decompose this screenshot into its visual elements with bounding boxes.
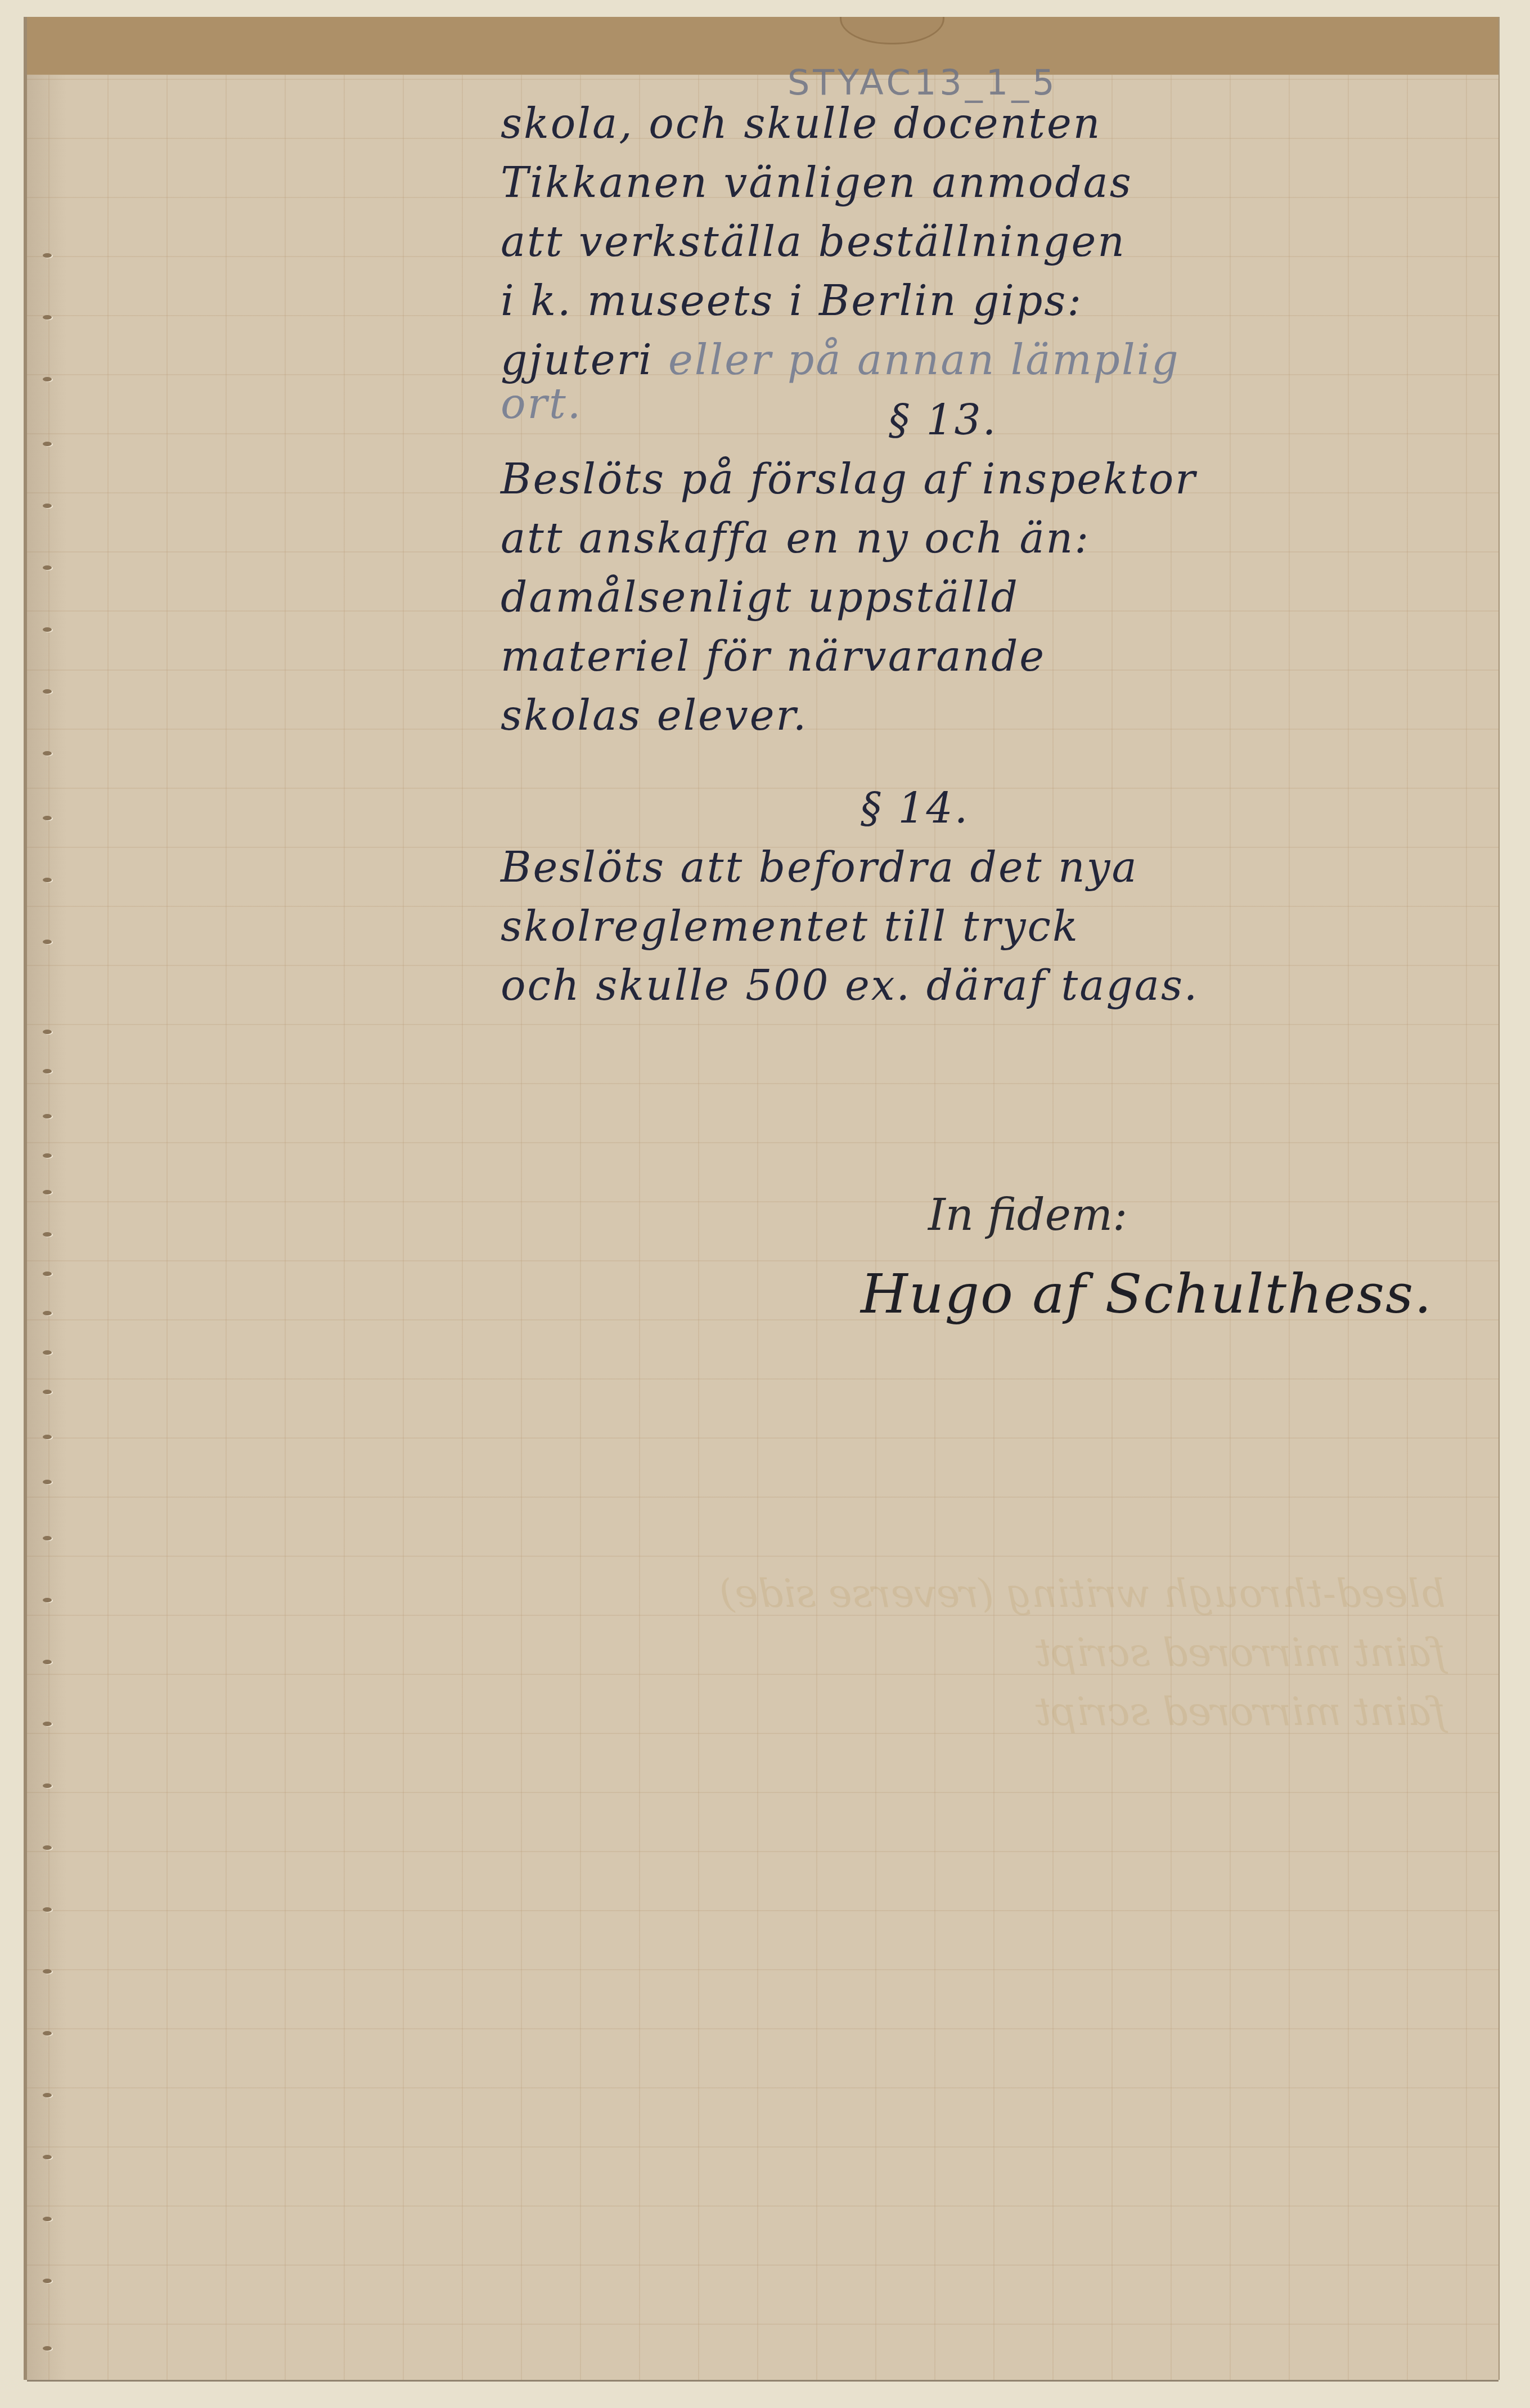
binding-hole (43, 2155, 52, 2159)
binding-hole (43, 1272, 52, 1276)
signature-block: In fidem: Hugo af Schulthess. (861, 1181, 1479, 1339)
text-line: att verkställa beställningen (501, 213, 1479, 272)
text-line: Beslöts på förslag af inspektor (501, 450, 1479, 509)
text-line: materiel för närvarande (501, 627, 1479, 686)
manuscript-text: skola, och skulle docenten Tikkanen vänl… (501, 95, 1479, 1016)
text-line: Tikkanen vänligen anmodas (501, 154, 1479, 213)
section-heading-14: § 14. (501, 779, 1479, 838)
binding-hole (43, 1783, 52, 1788)
binding-hole (43, 1350, 52, 1355)
pencil-annotation: ort. (501, 380, 582, 428)
text-line: och skulle 500 ex. däraf tagas. (501, 956, 1479, 1016)
binding-hole (43, 2217, 52, 2221)
attestation-text: In fidem: (861, 1181, 1479, 1249)
binding-hole (43, 2346, 52, 2351)
binding-hole (43, 1190, 52, 1194)
binding-hole (43, 627, 52, 632)
bleed-through-text: bleed-through writing (reverse side) fai… (517, 1564, 1446, 1741)
text-line: i k. museets i Berlin gips: (501, 272, 1479, 331)
binding-hole (43, 442, 52, 446)
pencil-annotation: eller på annan lämplig (668, 336, 1180, 384)
binding-hole (43, 1969, 52, 1974)
binding-hole (43, 1536, 52, 1540)
text-line: skolas elever. (501, 686, 1479, 745)
signature-name: Hugo af Schulthess. (861, 1249, 1479, 1339)
text-line: gjuteri eller på annan lämplig (501, 331, 1479, 390)
binding-hole (43, 1660, 52, 1664)
binding-hole (43, 2279, 52, 2283)
binding-hole (43, 1390, 52, 1394)
text-line: skola, och skulle docenten (501, 95, 1479, 154)
binding-hole (43, 940, 52, 944)
text-line: skolreglementet till tryck (501, 897, 1479, 956)
top-paper-band (27, 17, 1498, 75)
binding-hole (43, 1480, 52, 1484)
binding-hole (43, 1114, 52, 1118)
binding-hole (43, 315, 52, 320)
binding-hole (43, 878, 52, 882)
text-line: Beslöts att befordra det nya (501, 838, 1479, 897)
binding-hole (43, 2031, 52, 2036)
binding-hole (43, 1598, 52, 1602)
binding-hole (43, 1845, 52, 1850)
binding-hole (43, 1722, 52, 1726)
section-heading-13: § 13. (501, 391, 1479, 450)
binding-hole (43, 565, 52, 570)
text-line: damålsenligt uppställd (501, 568, 1479, 627)
binding-hole (43, 816, 52, 820)
binding-hole (43, 1435, 52, 1439)
binding-hole (43, 1069, 52, 1073)
binding-hole (43, 1907, 52, 1912)
binding-hole (43, 253, 52, 258)
binding-hole (43, 377, 52, 381)
binding-hole (43, 1232, 52, 1237)
text-line: att anskaffa en ny och än: (501, 509, 1479, 568)
binding-hole (43, 1311, 52, 1315)
binding-hole (43, 1030, 52, 1034)
binding-hole (43, 504, 52, 508)
binding-hole (43, 751, 52, 756)
binding-hole (43, 689, 52, 694)
binding-hole (43, 1153, 52, 1158)
binding-hole (43, 2093, 52, 2097)
